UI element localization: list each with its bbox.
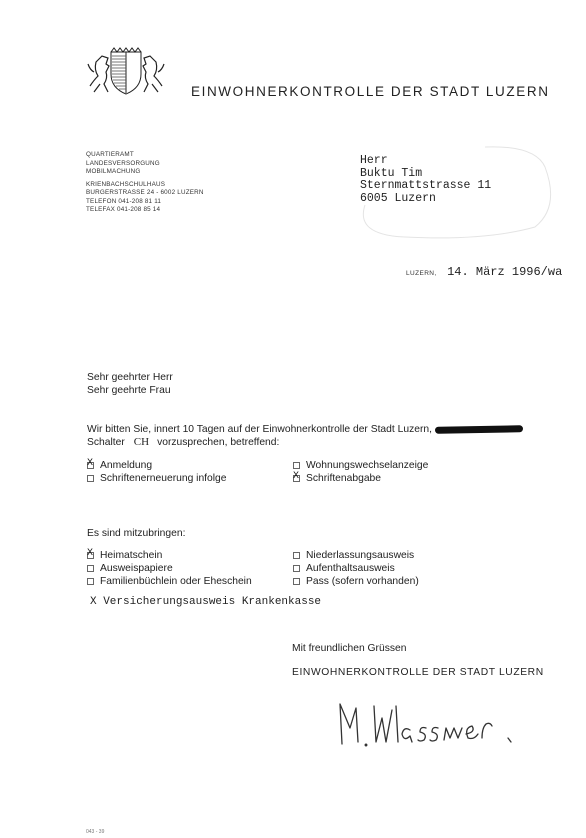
- checkbox-pass[interactable]: Pass (sofern vorhanden): [293, 576, 419, 587]
- salutation-line: Sehr geehrte Frau: [87, 384, 173, 397]
- sender-dept-line: MOBILMACHUNG: [86, 168, 204, 177]
- sender-dept-line: LANDESVERSORGUNG: [86, 160, 204, 169]
- sender-address-line: TELEFAX 041-208 85 14: [86, 206, 204, 215]
- checkbox-label: Wohnungswechselanzeige: [306, 460, 428, 471]
- schalter-label: Schalter: [87, 437, 125, 448]
- intro-line2-suffix: vorzusprechen, betreffend:: [157, 437, 279, 448]
- checkbox-label: Niederlassungsausweis: [306, 550, 414, 561]
- sender-block: QUARTIERAMT LANDESVERSORGUNG MOBILMACHUN…: [86, 151, 204, 215]
- checkbox-schriftenabgabe[interactable]: Schriftenabgabe: [293, 473, 381, 484]
- checkbox-empty-icon[interactable]: [293, 565, 300, 572]
- checkbox-schriftenerneuerung[interactable]: Schriftenerneuerung infolge: [87, 473, 227, 484]
- extra-item-typed: X Versicherungsausweis Krankenkasse: [90, 596, 321, 608]
- recipient-line: Sternmattstrasse 11: [360, 180, 491, 193]
- bring-heading: Es sind mitzubringen:: [87, 527, 185, 540]
- checkbox-label: Aufenthaltsausweis: [306, 563, 395, 574]
- checkbox-niederlassungsausweis[interactable]: Niederlassungsausweis: [293, 550, 414, 561]
- checkbox-label: Schriftenabgabe: [306, 473, 381, 484]
- handwritten-signature: [330, 698, 520, 750]
- checkbox-checked-icon[interactable]: [87, 552, 94, 559]
- checkbox-empty-icon[interactable]: [87, 475, 94, 482]
- checkbox-label: Schriftenerneuerung infolge: [100, 473, 227, 484]
- checkbox-empty-icon[interactable]: [87, 578, 94, 585]
- intro-line1: Wir bitten Sie, innert 10 Tagen auf der …: [87, 424, 432, 435]
- sender-dept-line: QUARTIERAMT: [86, 151, 204, 160]
- redaction-mark: [435, 425, 523, 434]
- intro-paragraph: Wir bitten Sie, innert 10 Tagen auf der …: [87, 423, 523, 449]
- closing-organization: EINWOHNERKONTROLLE DER STADT LUZERN: [292, 666, 544, 679]
- date-place: LUZERN,: [406, 270, 437, 277]
- checkbox-familienbuechlein[interactable]: Familienbüchlein oder Eheschein: [87, 576, 252, 587]
- sender-address-line: BURGERSTRASSE 24 - 6002 LUZERN: [86, 189, 204, 198]
- checkbox-checked-icon[interactable]: [87, 462, 94, 469]
- sender-address-line: KRIENBACHSCHULHAUS: [86, 181, 204, 190]
- checkbox-empty-icon[interactable]: [87, 565, 94, 572]
- date-value: 14. März 1996/wa: [447, 265, 562, 279]
- checkbox-aufenthaltsausweis[interactable]: Aufenthaltsausweis: [293, 563, 395, 574]
- checkbox-label: Pass (sofern vorhanden): [306, 576, 419, 587]
- salutation-line: Sehr geehrter Herr: [87, 371, 173, 384]
- recipient-line: Herr: [360, 155, 491, 168]
- checkbox-wohnungswechsel[interactable]: Wohnungswechselanzeige: [293, 460, 428, 471]
- salutation: Sehr geehrter Herr Sehr geehrte Frau: [87, 371, 173, 397]
- checkbox-label: Ausweispapiere: [100, 563, 173, 574]
- checkbox-anmeldung[interactable]: Anmeldung: [87, 460, 152, 471]
- checkbox-label: Heimatschein: [100, 550, 162, 561]
- checkbox-empty-icon[interactable]: [293, 578, 300, 585]
- closing-greeting: Mit freundlichen Grüssen: [292, 642, 406, 655]
- letterhead-title: EINWOHNERKONTROLLE DER STADT LUZERN: [191, 84, 550, 99]
- coat-of-arms-logo: [84, 46, 168, 96]
- checkbox-empty-icon[interactable]: [293, 462, 300, 469]
- sender-address-line: TELEFON 041-208 81 11: [86, 198, 204, 207]
- checkbox-label: Familienbüchlein oder Eheschein: [100, 576, 252, 587]
- checkbox-heimatschein[interactable]: Heimatschein: [87, 550, 162, 561]
- checkbox-empty-icon[interactable]: [293, 552, 300, 559]
- date-line: LUZERN, 14. März 1996/wa: [406, 262, 562, 280]
- form-code: 043 - 39: [86, 829, 104, 835]
- checkbox-ausweispapiere[interactable]: Ausweispapiere: [87, 563, 173, 574]
- recipient-address: Herr Buktu Tim Sternmattstrasse 11 6005 …: [360, 155, 491, 205]
- checkbox-checked-icon[interactable]: [293, 475, 300, 482]
- checkbox-label: Anmeldung: [100, 460, 152, 471]
- schalter-value: CH: [125, 436, 157, 448]
- recipient-line: 6005 Luzern: [360, 193, 491, 206]
